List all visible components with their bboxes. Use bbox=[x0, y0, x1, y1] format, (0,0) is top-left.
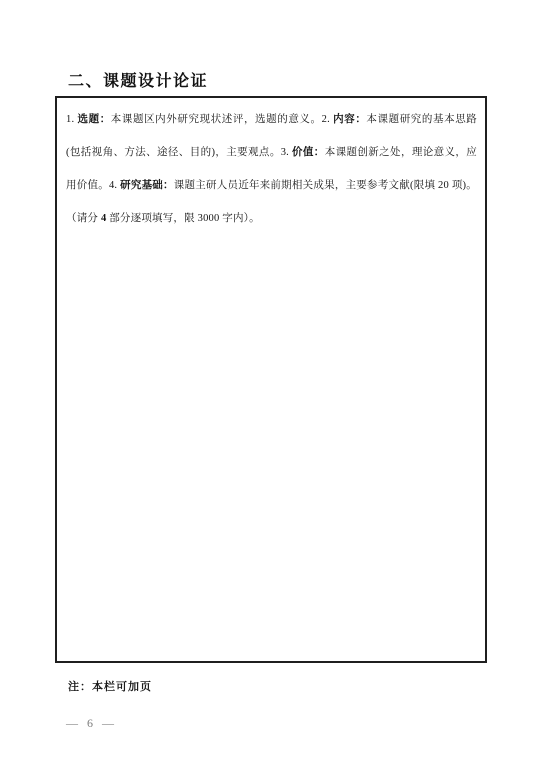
argumentation-box: 1. 选题：本课题区内外研究现状述评，选题的意义。2. 内容：本课题研究的基本思… bbox=[55, 96, 487, 663]
text-segment: 本课题区内外研究现状述评，选题的意义。2. bbox=[111, 114, 333, 125]
text-segment: 选题： bbox=[78, 114, 111, 125]
document-page: 二、课题设计论证 1. 选题：本课题区内外研究现状述评，选题的意义。2. 内容：… bbox=[0, 0, 554, 783]
footnote-label: 注： bbox=[68, 681, 92, 693]
text-segment: 价值： bbox=[292, 147, 325, 158]
footnote-text: 本栏可加页 bbox=[92, 681, 152, 693]
page-number: — 6 — bbox=[66, 716, 117, 731]
text-segment: 内容： bbox=[333, 114, 366, 125]
text-segment: 1. bbox=[66, 114, 78, 125]
argumentation-instructions: 1. 选题：本课题区内外研究现状述评，选题的意义。2. 内容：本课题研究的基本思… bbox=[66, 103, 477, 235]
footnote: 注：本栏可加页 bbox=[68, 678, 152, 694]
text-segment: 部分逐项填写，限 3000 字内）。 bbox=[106, 213, 259, 224]
section-title: 二、课题设计论证 bbox=[68, 68, 208, 91]
text-segment: 研究基础： bbox=[120, 180, 174, 191]
